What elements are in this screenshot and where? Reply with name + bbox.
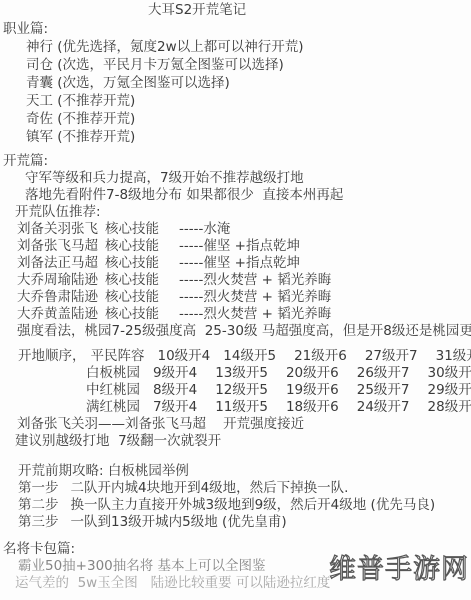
row-label: 平民阵容 [91, 348, 145, 364]
pioneer-note: 落地先看附件7-8级地分布 如果都很少 直接本州再起 [25, 187, 471, 204]
job-item-zhenjun: 镇军 (不推荐开荒) [26, 128, 471, 146]
section-pioneer: 开荒篇: 守军等级和兵力提高，7级开始不推荐越级打地 落地先看附件7-8级地分布… [0, 153, 471, 340]
team-lineup: 大乔黄盖陆逊 [17, 306, 98, 322]
advice-note: 建议别越级打地 7级翻一次就裂开 [15, 433, 471, 450]
site-watermark: 维普手游网 [329, 553, 469, 587]
milestone: 14级开5 [223, 348, 276, 364]
milestone: 11级开5 [215, 399, 268, 415]
row-label: 中红桃园 [86, 382, 140, 398]
step-label: 第二步 [18, 497, 59, 513]
team-row: 刘备关羽张飞核心技能-----水淹 [17, 221, 471, 238]
milestone: 26级开7 [357, 365, 410, 381]
core-skill-label: 核心技能 [105, 272, 159, 288]
milestone: 8级开4 [153, 382, 197, 398]
milestone: 29级开8 [428, 382, 471, 398]
team-skills: -----催坚 +指点乾坤 [179, 255, 300, 271]
team-row: 大乔周瑜陆逊核心技能-----烈火焚营 + 韬光养晦 [17, 272, 471, 289]
notes-page: 大耳S2开荒笔记 职业篇: 神行 (优先选择，氪度2w以上都可以神行开荒) 司仓… [0, 0, 471, 592]
step-row: 第一步二队开内城4块地开到4级地，然后下掉换一队. [18, 480, 471, 497]
job-item-sicang: 司仓 (次选，平民月卡万氪全图鉴可以选择) [26, 56, 471, 74]
milestone: 27级开7 [365, 348, 418, 364]
row-label: 白板桃园 [86, 365, 140, 381]
team-row: 大乔鲁肃陆逊核心技能-----烈火焚营 + 韬光养晦 [17, 289, 471, 306]
core-skill-label: 核心技能 [105, 221, 159, 237]
team-skills: -----烈火焚营 + 韬光养晦 [179, 289, 331, 305]
row-label: 满红桃园 [86, 399, 140, 415]
jobs-heading: 职业篇: [3, 20, 471, 38]
section-land-order: 开地顺序，平民阵容10级开414级开521级开627级开731级开835级开9 … [0, 348, 471, 450]
job-item-qingnang: 青囊 (次选，万氪全图鉴可以选择) [26, 74, 471, 92]
team-skills: -----烈火焚营 + 韬光养晦 [179, 306, 331, 322]
team-list-heading: 开荒队伍推荐: [15, 204, 471, 221]
step-row: 第二步换一队主力直接开外城3级地到9级，然后开4级地 (优先马良) [18, 497, 471, 514]
step-label: 第一步 [18, 480, 59, 496]
team-lineup: 大乔周瑜陆逊 [17, 272, 98, 288]
job-item-shenxing: 神行 (优先选择，氪度2w以上都可以神行开荒) [26, 38, 471, 56]
step-text: 一队到13级开城内5级地 (优先皇甫) [71, 514, 287, 530]
strength-note: 强度看法，桃园7-25级强度高 25-30级 马超强度高，但是开8级还是桃园更稳… [17, 323, 471, 340]
core-skill-label: 核心技能 [105, 255, 159, 271]
milestone: 7级开4 [153, 399, 197, 415]
team-row: 大乔黄盖陆逊核心技能-----烈火焚营 + 韬光养晦 [17, 306, 471, 323]
milestone: 12级开5 [215, 382, 268, 398]
milestone: 21级开6 [294, 348, 347, 364]
milestone: 9级开4 [153, 365, 197, 381]
land-order-prefix: 开地顺序， [18, 348, 86, 364]
team-lineup: 刘备关羽张飞 [17, 221, 98, 237]
land-order-row: 满红桃园7级开411级开518级开624级开728级开832级开9 [86, 399, 471, 416]
lineup-comparison-note: 刘备张飞关羽——刘备张飞马超 开荒强度接近 [17, 416, 471, 433]
section-early-guide: 开荒前期攻略: 白板桃园举例 第一步二队开内城4块地开到4级地，然后下掉换一队.… [0, 463, 471, 531]
land-order-row: 白板桃园9级开413级开520级开626级开730级开834级开9 [86, 365, 471, 382]
core-skill-label: 核心技能 [105, 306, 159, 322]
milestone: 31级开8 [436, 348, 471, 364]
step-row: 第三步一队到13级开城内5级地 (优先皇甫) [18, 514, 471, 531]
step-label: 第三步 [18, 514, 59, 530]
job-item-qizuo: 奇佐 (不推荐开荒) [26, 110, 471, 128]
land-order-row: 中红桃园8级开412级开519级开625级开729级开833级开9 [86, 382, 471, 399]
team-skills: -----烈火焚营 + 韬光养晦 [179, 272, 331, 288]
milestone: 20级开6 [286, 365, 339, 381]
team-row: 刘备张飞马超核心技能-----催坚 +指点乾坤 [17, 238, 471, 255]
milestone: 30级开8 [428, 365, 471, 381]
step-text: 换一队主力直接开外城3级地到9级，然后开4级地 (优先马良) [71, 497, 436, 513]
pioneer-note: 守军等级和兵力提高，7级开始不推荐越级打地 [25, 170, 471, 187]
team-skills: -----催坚 +指点乾坤 [179, 238, 300, 254]
milestone: 18级开6 [286, 399, 339, 415]
section-jobs: 职业篇: 神行 (优先选择，氪度2w以上都可以神行开荒) 司仓 (次选，平民月卡… [0, 20, 471, 146]
team-lineup: 刘备张飞马超 [17, 238, 98, 254]
early-guide-heading: 开荒前期攻略: 白板桃园举例 [18, 463, 471, 480]
land-order-row: 开地顺序，平民阵容10级开414级开521级开627级开731级开835级开9 [18, 348, 471, 365]
milestone: 24级开7 [357, 399, 410, 415]
team-lineup: 大乔鲁肃陆逊 [17, 289, 98, 305]
job-item-tiangong: 天工 (不推荐开荒) [26, 92, 471, 110]
page-title: 大耳S2开荒笔记 [148, 2, 471, 18]
team-lineup: 刘备法正马超 [17, 255, 98, 271]
step-text: 二队开内城4块地开到4级地，然后下掉换一队. [71, 480, 349, 496]
pioneer-heading: 开荒篇: [3, 153, 471, 170]
milestone: 10级开4 [158, 348, 211, 364]
team-skills: -----水淹 [179, 221, 230, 237]
milestone: 13级开5 [215, 365, 268, 381]
core-skill-label: 核心技能 [105, 289, 159, 305]
milestone: 19级开6 [286, 382, 339, 398]
team-row: 刘备法正马超核心技能-----催坚 +指点乾坤 [17, 255, 471, 272]
milestone: 28级开8 [428, 399, 471, 415]
core-skill-label: 核心技能 [105, 238, 159, 254]
milestone: 25级开7 [357, 382, 410, 398]
